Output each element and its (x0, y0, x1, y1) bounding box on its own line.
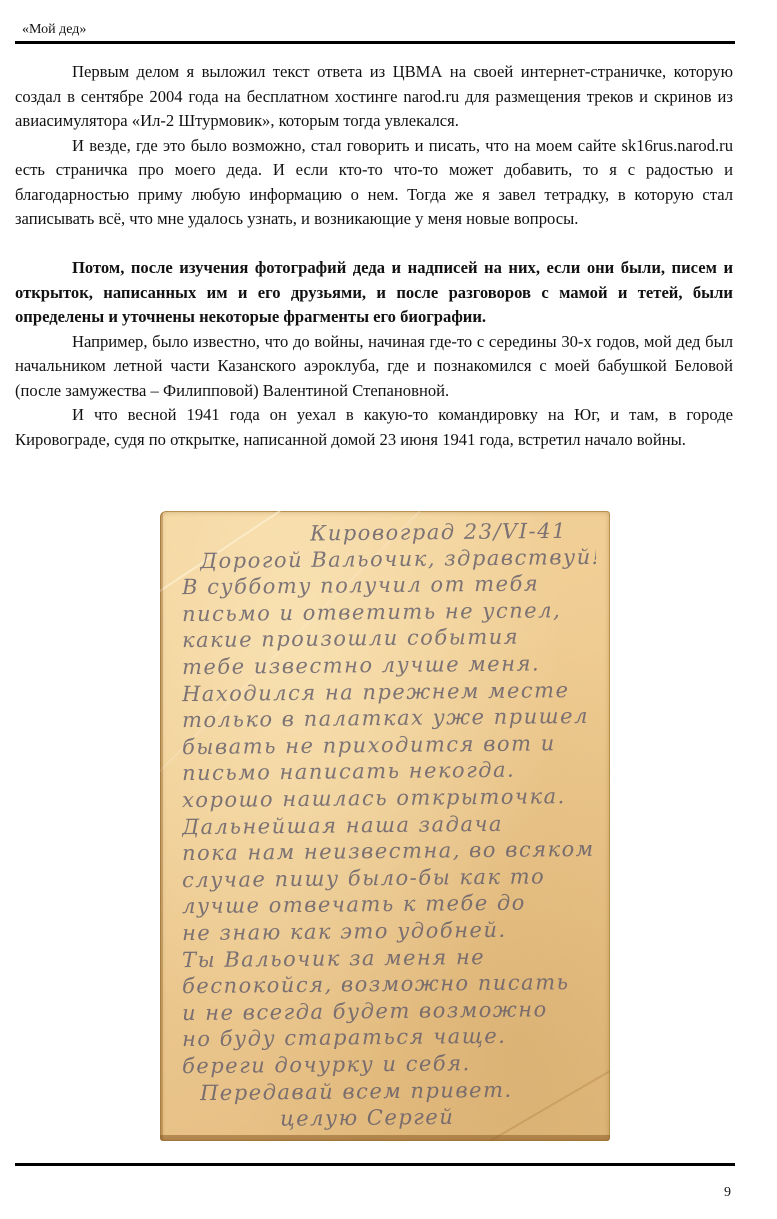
body-text: Первым делом я выложил текст ответа из Ц… (15, 60, 733, 452)
paragraph-1: Первым делом я выложил текст ответа из Ц… (15, 60, 733, 134)
footer-rule (15, 1163, 735, 1166)
handwriting-line: целую Сергей (280, 1101, 596, 1134)
postcard-photo: Кировоград 23/VI-41Дорогой Вальочик, здр… (160, 511, 610, 1141)
header-rule (15, 41, 735, 44)
paragraph-5: И что весной 1941 года он уехал в какую-… (15, 403, 733, 452)
page-number: 9 (724, 1184, 731, 1202)
paragraph-2: И везде, где это было возможно, стал гов… (15, 134, 733, 232)
paragraph-3-bold: Потом, после изучения фотографий деда и … (15, 256, 733, 330)
paragraph-spacer (15, 232, 733, 257)
running-header-title: «Мой дед» (22, 21, 86, 39)
paragraph-4: Например, было известно, что до войны, н… (15, 330, 733, 404)
